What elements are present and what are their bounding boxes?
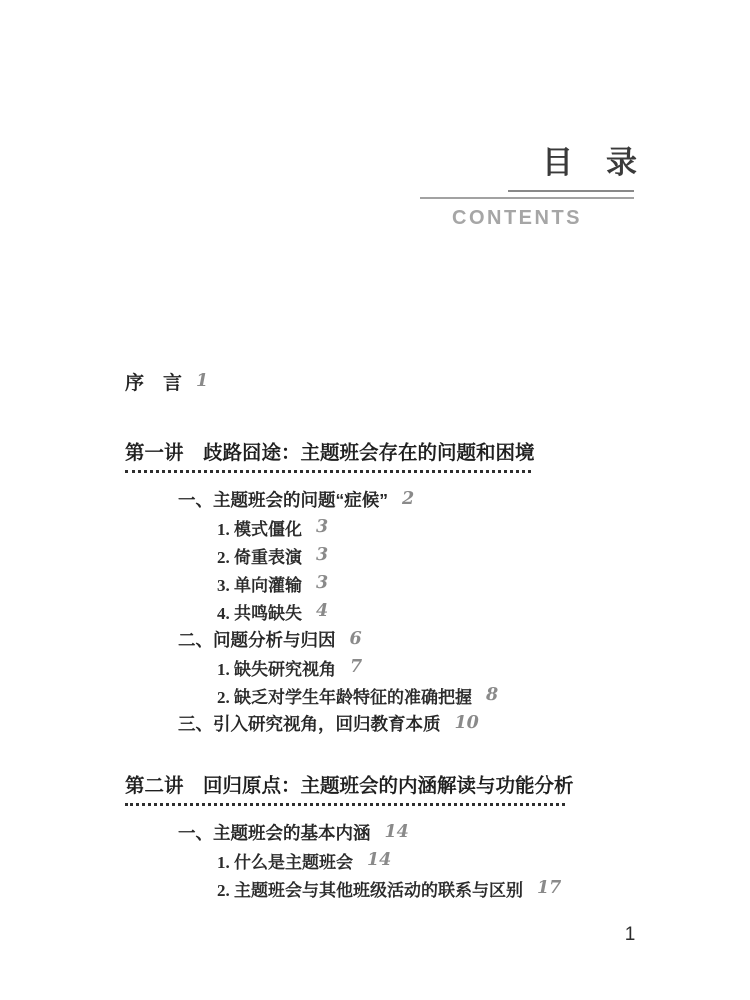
dotted-divider (125, 468, 531, 473)
entry-page-number: 10 (455, 713, 479, 733)
entry-text: 1. 模式僵化 (217, 515, 302, 540)
toc-entry: 一、主题班会的基本内涵 14 (125, 818, 670, 846)
toc-list: 序 言 1 第一讲 歧路囧途：主题班会存在的问题和困境 一、主题班会的问题“症候… (125, 370, 670, 902)
entry-text: 序 言 (125, 368, 182, 395)
toc-page: 目 录 CONTENTS 序 言 1 第一讲 歧路囧途：主题班会存在的问题和困境… (0, 0, 750, 1000)
entry-text: 2. 缺乏对学生年龄特征的准确把握 (217, 683, 472, 708)
entry-page-number: 1 (196, 371, 208, 391)
toc-section-1: 第一讲 歧路囧途：主题班会存在的问题和困境 一、主题班会的问题“症候” 2 1.… (125, 440, 670, 737)
dotted-divider (125, 801, 565, 806)
entry-page-number: 6 (350, 629, 362, 649)
entry-page-number: 7 (350, 657, 362, 677)
entry-text: 三、引入研究视角，回归教育本质 (178, 711, 441, 736)
entry-text: 1. 缺失研究视角 (217, 655, 336, 680)
entry-text: 二、问题分析与归因 (178, 627, 336, 652)
toc-entry: 4. 共鸣缺失 4 (125, 597, 670, 625)
toc-entry: 三、引入研究视角，回归教育本质 10 (125, 709, 670, 737)
entry-page-number: 14 (385, 822, 409, 842)
header-rule-top (508, 190, 634, 192)
lecture-2-heading: 第二讲 回归原点：主题班会的内涵解读与功能分析 (125, 773, 670, 799)
entry-page-number: 14 (367, 850, 391, 870)
toc-entry: 1. 什么是主题班会 14 (125, 846, 670, 874)
entry-text: 一、主题班会的问题“症候” (178, 487, 388, 512)
section-1-items: 一、主题班会的问题“症候” 2 1. 模式僵化 3 2. 倚重表演 3 3. 单… (125, 485, 670, 737)
toc-entry: 1. 缺失研究视角 7 (125, 653, 670, 681)
page-number: 1 (618, 924, 642, 946)
header-rule-bottom (420, 197, 634, 199)
page-subtitle: CONTENTS (452, 207, 582, 230)
section-2-items: 一、主题班会的基本内涵 14 1. 什么是主题班会 14 2. 主题班会与其他班… (125, 818, 670, 902)
entry-page-number: 17 (537, 878, 561, 898)
toc-entry: 2. 缺乏对学生年龄特征的准确把握 8 (125, 681, 670, 709)
entry-text: 1. 什么是主题班会 (217, 848, 353, 873)
lecture-1-heading: 第一讲 歧路囧途：主题班会存在的问题和困境 (125, 440, 670, 466)
entry-page-number: 2 (402, 489, 414, 509)
entry-page-number: 8 (486, 685, 498, 705)
entry-text: 4. 共鸣缺失 (217, 599, 302, 624)
entry-page-number: 3 (316, 517, 328, 537)
toc-entry: 3. 单向灌输 3 (125, 569, 670, 597)
entry-page-number: 3 (316, 545, 328, 565)
toc-entry: 2. 主题班会与其他班级活动的联系与区别 17 (125, 874, 670, 902)
entry-text: 一、主题班会的基本内涵 (178, 820, 371, 845)
entry-page-number: 3 (316, 573, 328, 593)
entry-text: 2. 倚重表演 (217, 543, 302, 568)
toc-section-2: 第二讲 回归原点：主题班会的内涵解读与功能分析 一、主题班会的基本内涵 14 1… (125, 773, 670, 902)
entry-text: 2. 主题班会与其他班级活动的联系与区别 (217, 876, 523, 901)
entry-text: 3. 单向灌输 (217, 571, 302, 596)
page-title: 目 录 (420, 146, 638, 180)
toc-entry: 一、主题班会的问题“症候” 2 (125, 485, 670, 513)
toc-entry: 1. 模式僵化 3 (125, 513, 670, 541)
toc-entry-preface: 序 言 1 (125, 370, 670, 392)
toc-entry: 2. 倚重表演 3 (125, 541, 670, 569)
entry-page-number: 4 (316, 601, 328, 621)
toc-entry: 二、问题分析与归因 6 (125, 625, 670, 653)
